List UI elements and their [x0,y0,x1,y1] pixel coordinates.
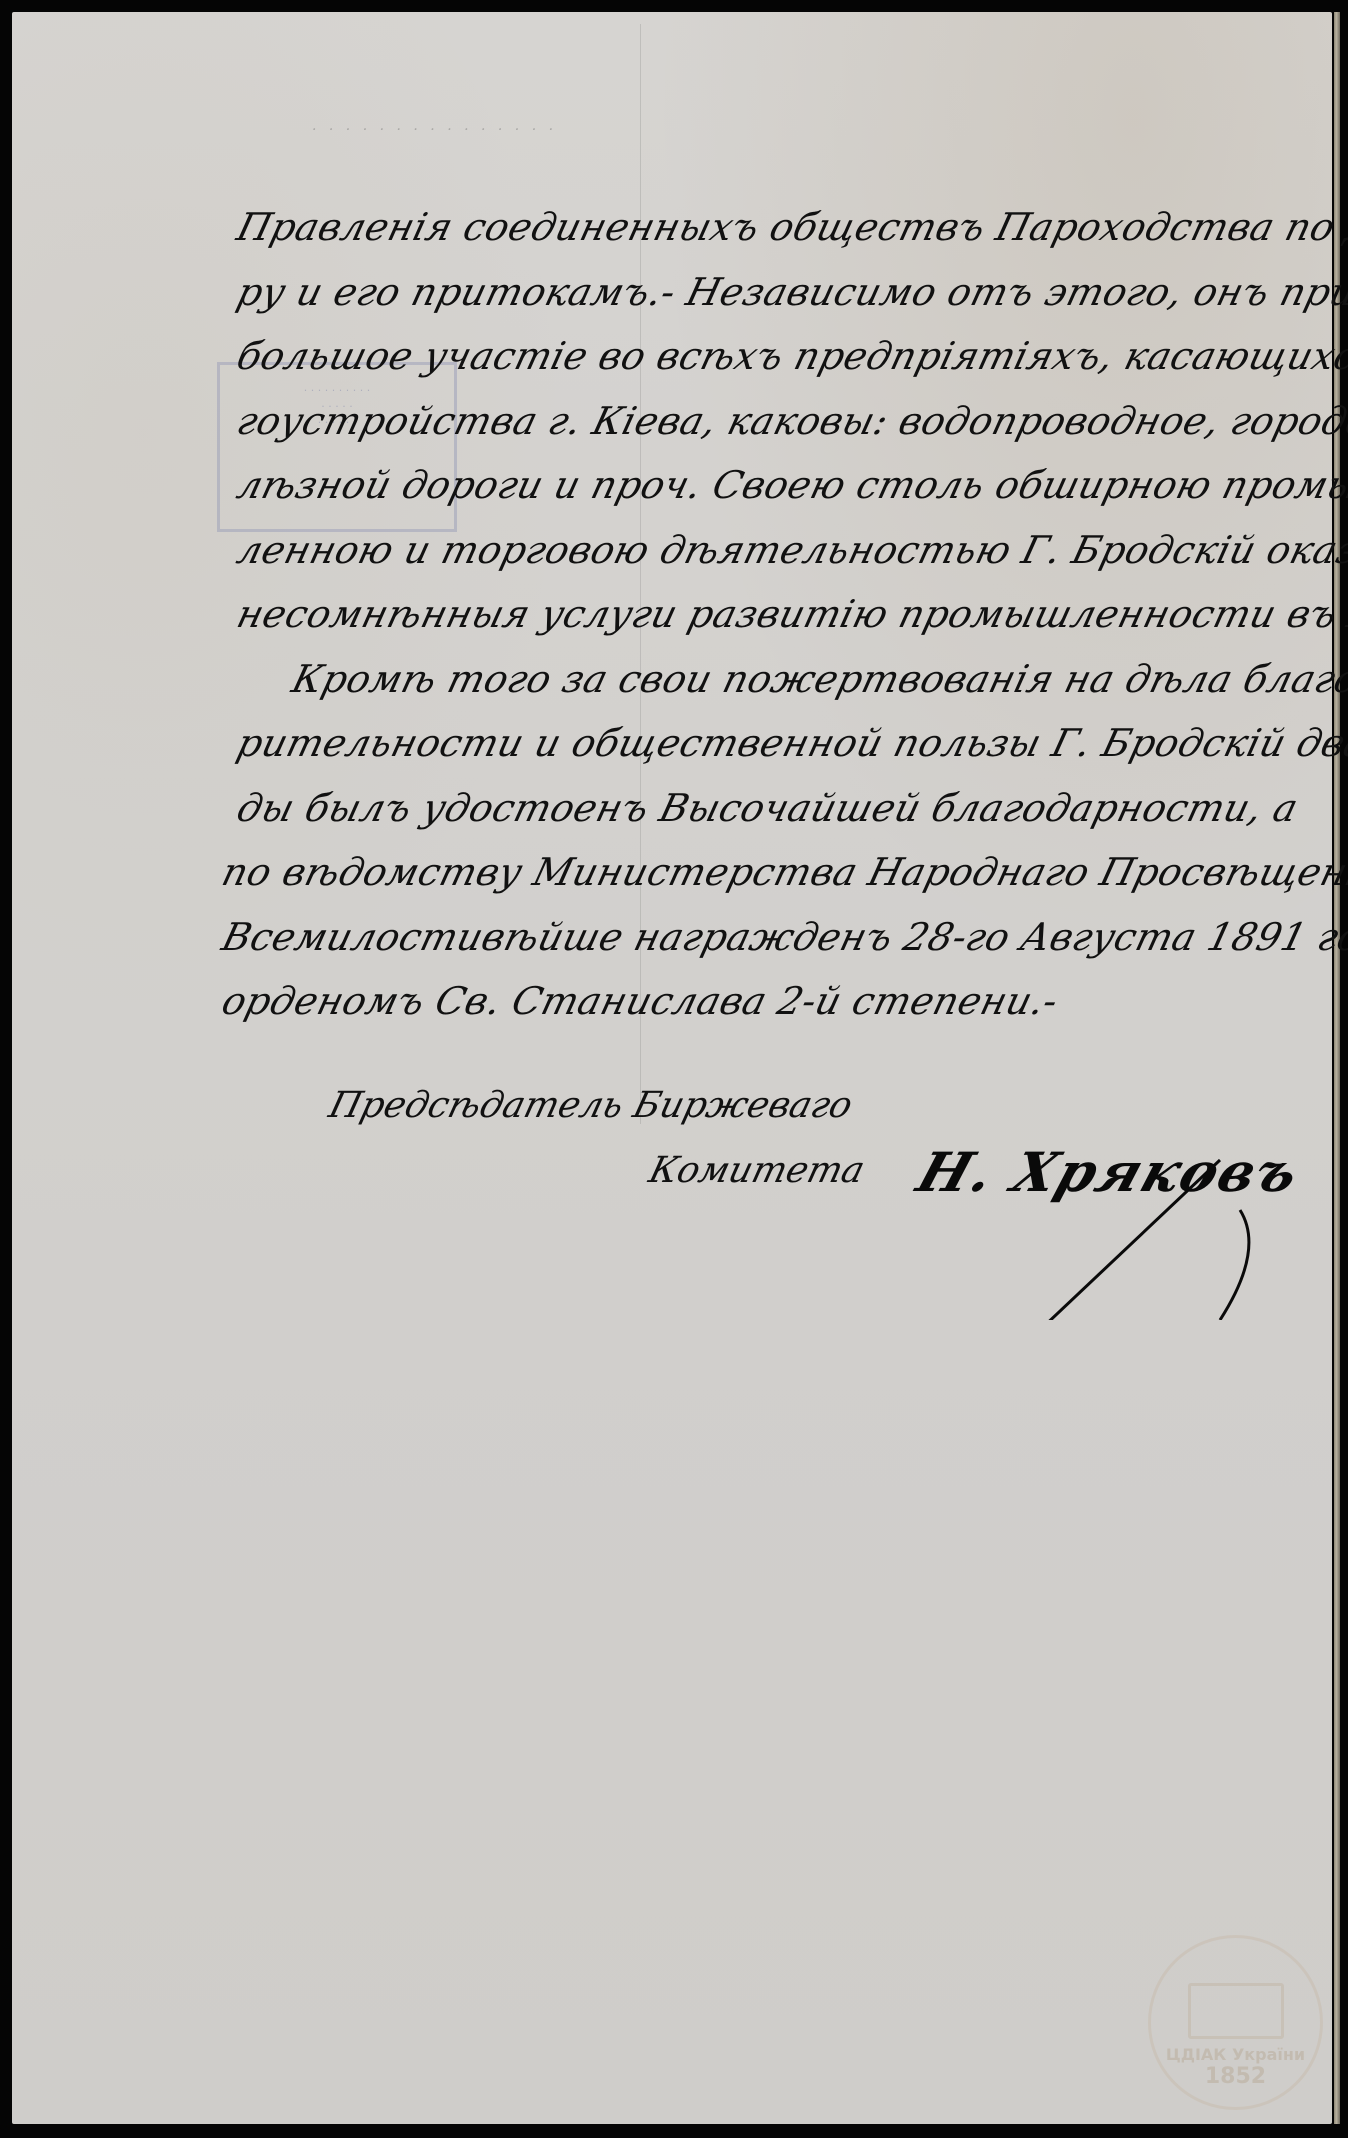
faint-header-text: · · · · · · · · · · · · · · · [312,122,712,138]
signature-name: Н. Хряковъ [910,1140,1309,1204]
text-line: большое участіе во всѣхъ предпріятіяхъ, … [230,324,1346,389]
signature-flourish-icon [920,1100,1320,1320]
text-line: Всемилостивѣйше награжденъ 28-го Августа… [215,905,1346,970]
text-line: орденомъ Св. Станислава 2-й степени.- [215,969,1346,1034]
letter-body: Правленія соединенныхъ обществъ Пароходс… [230,195,1330,1034]
text-line: несомнѣнныя услуги развитію промышленнос… [230,582,1346,647]
text-line: рительности и общественной пользы Г. Бро… [230,711,1346,776]
text-line-paragraph-start: Кромѣ того за свои пожертвованія на дѣла… [230,647,1346,712]
text-line: ды былъ удостоенъ Высочайшей благодарнос… [230,776,1346,841]
archive-stamp: ЦДІАК України 1852 [1148,1935,1323,2110]
text-line: ленною и торговою дѣятельностью Г. Бродс… [230,518,1346,583]
text-line: гоустройства г. Кіева, каковы: водопрово… [230,389,1346,454]
text-line: лѣзной дороги и проч. Своею столь обширн… [230,453,1346,518]
text-line: ру и его притокамъ.- Независимо отъ этог… [230,260,1346,325]
signatory-title-line2: Комитета [645,1150,869,1191]
text-line: по вѣдомству Министерства Народнаго Прос… [215,840,1346,905]
archive-name: ЦДІАК України [1151,2045,1320,2064]
open-book-icon [1188,1983,1284,2039]
text-line: Правленія соединенныхъ обществъ Пароходс… [230,195,1346,260]
signature: Н. Хряковъ [920,1100,1320,1320]
signatory-title-line1: Предсѣдатель Биржеваго [325,1085,857,1126]
archive-year: 1852 [1151,2064,1320,2089]
